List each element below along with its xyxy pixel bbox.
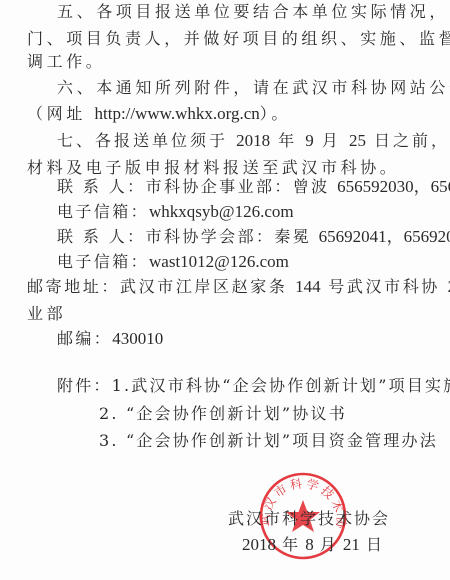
paragraph-5-line-3: 调工作。 <box>27 52 105 72</box>
date-month: 8 <box>305 535 314 554</box>
deadline-year: 2018 <box>236 131 270 150</box>
mailing-address-line-2: 业部 <box>27 304 66 324</box>
address-building: 号武汉市科协 <box>321 277 448 296</box>
paragraph-5-line-2: 门、项目负责人，并做好项目的组织、实施、监督、考核和协 <box>27 29 450 49</box>
contact-person-2: 联 系 人：市科协学会部：秦冕 65692041，65692043 <box>57 227 450 247</box>
postcode-value: 430010 <box>112 329 163 348</box>
contact-person-1: 联 系 人：市科协企事业部：曾波 656592030，65602046 <box>57 177 450 197</box>
paragraph-6-line-2: （网址 http://www.whkx.org.cn）。 <box>27 104 291 124</box>
paragraph-7-line-2: 材料及电子版申报材料报送至武汉市科协。 <box>27 158 399 178</box>
attachment-title: 1.武汉市科协“企会协作创新计划”项目实施方案 <box>112 376 450 395</box>
email-label: 电子信箱： <box>57 252 149 271</box>
deadline-text-a: 七、各报送单位须于 <box>57 131 236 150</box>
postcode: 邮编：430010 <box>57 329 163 349</box>
address-number: 144 <box>295 277 321 296</box>
deadline-day: 25 <box>349 131 366 150</box>
email-label: 电子信箱： <box>57 202 149 221</box>
contact-phones: 656592030，65602046 <box>337 177 450 196</box>
mailing-address-line-1: 邮寄地址：武汉市江岸区赵家条 144 号武汉市科协 201 室企事 <box>27 277 450 297</box>
contact-department: 市科协学会部：秦冕 <box>146 227 319 246</box>
paragraph-6-line-1: 六、本通知所列附件，请在武汉市科协网站公告栏下载 <box>57 78 450 98</box>
contact-department: 市科协企事业部：曾波 <box>146 177 338 196</box>
url-suffix: ）。 <box>260 104 291 123</box>
date-year-suffix: 年 <box>276 535 305 554</box>
contact-label: 联 系 人： <box>57 227 146 246</box>
address-label: 邮寄地址： <box>27 277 120 296</box>
email-address[interactable]: whkxqsyb@126.com <box>149 202 294 221</box>
postcode-label: 邮编： <box>57 329 112 348</box>
email-address[interactable]: wast1012@126.com <box>149 252 289 271</box>
deadline-text-d: 日之前，将纸质申报 <box>366 131 450 150</box>
url-prefix: （网址 <box>27 104 95 123</box>
date-month-suffix: 月 <box>314 535 343 554</box>
deadline-text-b: 年 <box>270 131 305 150</box>
attachment-item-1: 附件：1.武汉市科协“企会协作创新计划”项目实施方案 <box>57 376 450 396</box>
address-street: 武汉市江岸区赵家条 <box>120 277 295 296</box>
date-year: 2018 <box>242 535 276 554</box>
website-url: http://www.whkx.org.cn <box>95 104 260 123</box>
attachment-item-2: 2. “企会协作创新计划”协议书 <box>99 404 347 424</box>
contact-email-1: 电子信箱：whkxqsyb@126.com <box>57 202 294 222</box>
date-day: 21 <box>343 535 360 554</box>
deadline-text-c: 月 <box>314 131 349 150</box>
contact-email-2: 电子信箱：wast1012@126.com <box>57 252 289 272</box>
attachment-item-3: 3. “企会协作创新计划”项目资金管理办法 <box>99 431 438 451</box>
deadline-month: 9 <box>305 131 314 150</box>
attachments-label: 附件： <box>57 376 112 395</box>
contact-label: 联 系 人： <box>57 177 146 196</box>
signing-date: 2018 年 8 月 21 日 <box>242 535 383 555</box>
contact-phones: 65692041，65692043 <box>319 227 450 246</box>
paragraph-5-line-1: 五、各项目报送单位要结合本单位实际情况，明确负责部 <box>57 2 450 22</box>
paragraph-7-line-1: 七、各报送单位须于 2018 年 9 月 25 日之前，将纸质申报 <box>57 131 450 151</box>
signing-organization: 武汉市科学技术协会 <box>228 509 390 529</box>
date-day-suffix: 日 <box>360 535 383 554</box>
